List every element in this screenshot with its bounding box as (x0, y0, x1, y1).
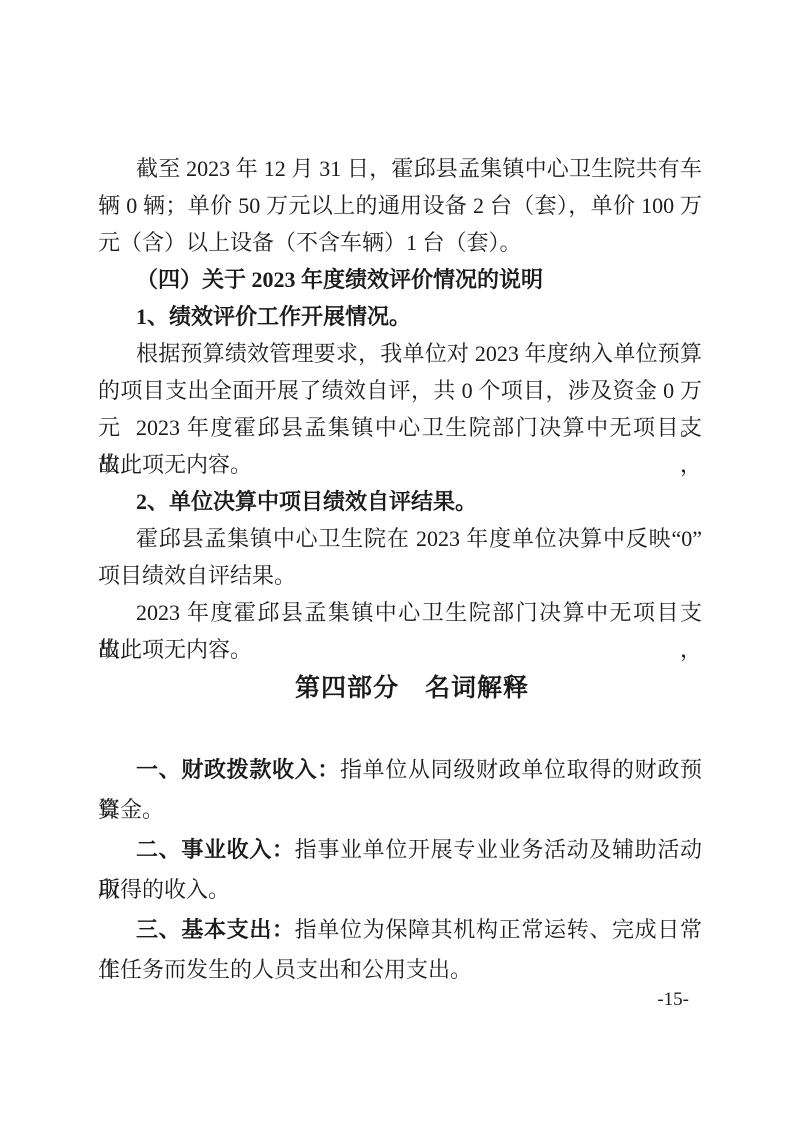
heading-text-run: 三、基本支出： (136, 917, 295, 942)
doc-line: 2023 年度霍邱县孟集镇中心卫生院部门决算中无项目支出， (98, 594, 702, 631)
doc-line: 资金。 (98, 790, 702, 830)
section-bottom: 一、财政拨款收入：指单位从同级财政单位取得的财政预算资金。二、事业收入：指事业单… (98, 750, 702, 990)
doc-line: 三、基本支出：指单位为保障其机构正常运转、完成日常工 (98, 910, 702, 950)
doc-line: 的项目支出全面开展了绩效自评，共 0 个项目，涉及资金 0 万元。 (98, 372, 702, 409)
body-text-run: 故此项无内容。 (98, 637, 252, 662)
doc-line: 霍邱县孟集镇中心卫生院在 2023 年度单位决算中反映“0” (98, 520, 702, 557)
section-top: 截至 2023 年 12 月 31 日，霍邱县孟集镇中心卫生院共有车辆 0 辆；… (98, 150, 702, 668)
heading-text-run: 二、事业收入： (136, 837, 295, 862)
heading-text-run: 一、财政拨款收入： (136, 757, 340, 782)
doc-line: 2、单位决算中项目绩效自评结果。 (98, 483, 702, 520)
document-content: 截至 2023 年 12 月 31 日，霍邱县孟集镇中心卫生院共有车辆 0 辆；… (98, 150, 702, 990)
body-text-run: 故此项无内容。 (98, 452, 252, 477)
doc-line: 作任务而发生的人员支出和公用支出。 (98, 950, 702, 990)
doc-line: 截至 2023 年 12 月 31 日，霍邱县孟集镇中心卫生院共有车 (98, 150, 702, 187)
doc-line: 取得的收入。 (98, 870, 702, 910)
body-text-run: 截至 2023 年 12 月 31 日，霍邱县孟集镇中心卫生院共有车 (136, 156, 702, 181)
doc-line: 项目绩效自评结果。 (98, 557, 702, 594)
doc-line: 2023 年度霍邱县孟集镇中心卫生院部门决算中无项目支出， (98, 409, 702, 446)
body-text-run: 根据预算绩效管理要求，我单位对 2023 年度纳入单位预算 (136, 341, 702, 366)
section-title: 第四部分 名词解释 (98, 668, 702, 708)
doc-line: 辆 0 辆；单价 50 万元以上的通用设备 2 台（套），单价 100 万 (98, 187, 702, 224)
doc-line: 根据预算绩效管理要求，我单位对 2023 年度纳入单位预算 (98, 335, 702, 372)
body-text-run: 霍邱县孟集镇中心卫生院在 2023 年度单位决算中反映“0” (136, 526, 702, 551)
heading-text-run: 1、绩效评价工作开展情况。 (136, 304, 411, 329)
heading-text-run: （四）关于 2023 年度绩效评价情况的说明 (136, 267, 543, 292)
doc-line: 一、财政拨款收入：指单位从同级财政单位取得的财政预算 (98, 750, 702, 790)
doc-line: （四）关于 2023 年度绩效评价情况的说明 (98, 261, 702, 298)
doc-line: 二、事业收入：指事业单位开展专业业务活动及辅助活动所 (98, 830, 702, 870)
body-text-run: 元（含）以上设备（不含车辆）1 台（套）。 (98, 230, 522, 255)
body-text-run: 资金。 (98, 797, 164, 822)
body-text-run: 辆 0 辆；单价 50 万元以上的通用设备 2 台（套），单价 100 万 (98, 193, 702, 218)
heading-text-run: 2、单位决算中项目绩效自评结果。 (136, 489, 477, 514)
document-page: 截至 2023 年 12 月 31 日，霍邱县孟集镇中心卫生院共有车辆 0 辆；… (0, 0, 793, 1122)
body-text-run: 取得的收入。 (98, 877, 230, 902)
body-text-run: 项目绩效自评结果。 (98, 563, 296, 588)
page-number: -15- (657, 988, 689, 1012)
doc-line: 元（含）以上设备（不含车辆）1 台（套）。 (98, 224, 702, 261)
doc-line: 1、绩效评价工作开展情况。 (98, 298, 702, 335)
body-text-run: 作任务而发生的人员支出和公用支出。 (98, 957, 472, 982)
